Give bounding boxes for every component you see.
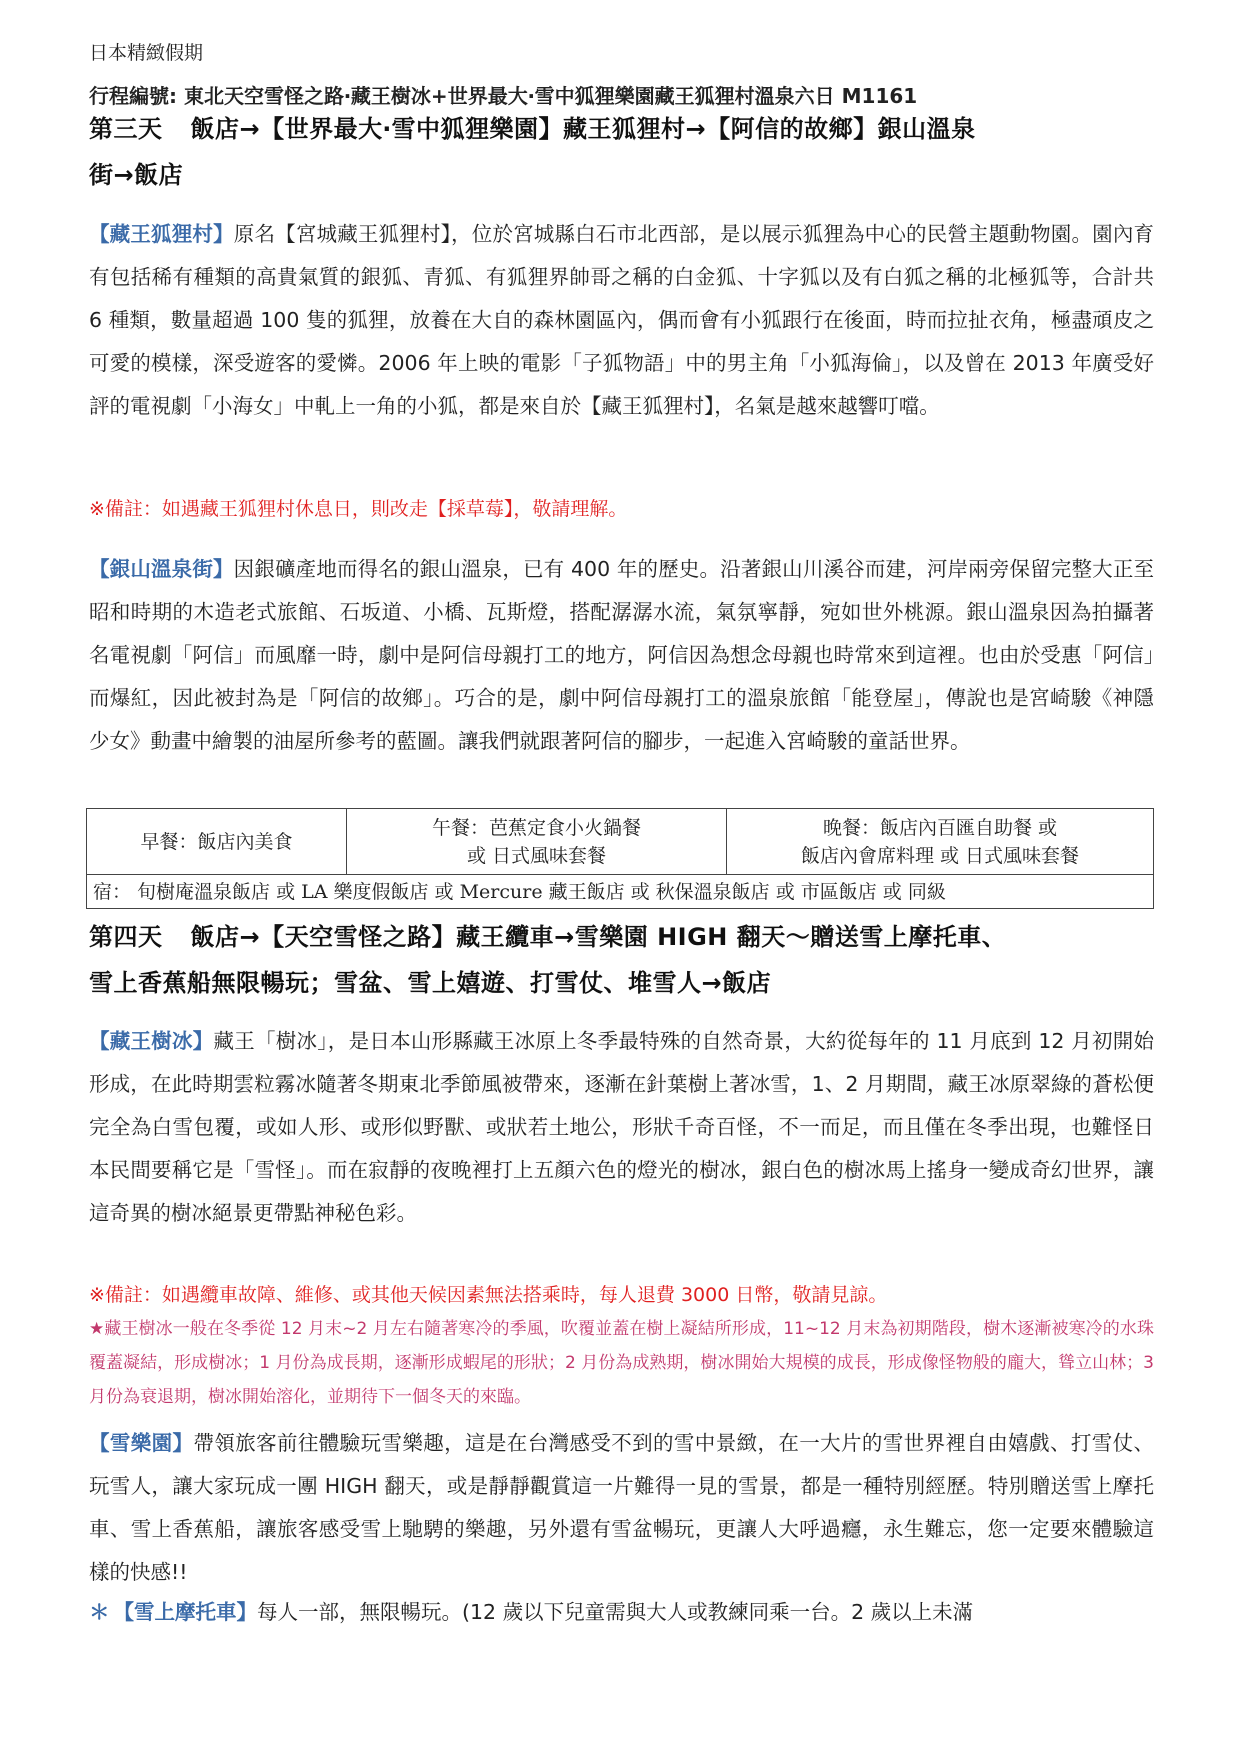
meals-row: 早餐：飯店內美食 午餐：芭蕉定食小火鍋餐 或 日式風味套餐 晚餐：飯店內百匯自助…	[87, 809, 1154, 875]
snow-park-tag: 【雪樂園】	[89, 1431, 193, 1455]
brand-name: 日本精緻假期	[89, 40, 203, 66]
code-label: 行程編號:	[89, 84, 177, 108]
code-number: M1161	[842, 84, 918, 108]
snow-park-paragraph: 【雪樂園】帶領旅客前往體驗玩雪樂趣，這是在台灣感受不到的雪中景緻，在一大片的雪世…	[89, 1422, 1154, 1594]
fox-village-text: 原名【宮城藏王狐狸村】，位於宮城縣白石市北西部，是以展示狐狸為中心的民營主題動物…	[89, 222, 1154, 418]
juhyo-tag: 【藏王樹冰】	[89, 1029, 214, 1053]
code-title: 東北天空雪怪之路‧藏王樹冰+世界最大‧雪中狐狸樂園藏王狐狸村溫泉六日	[184, 84, 835, 108]
dinner-line2: 飯店內會席料理 或 日式風味套餐	[733, 842, 1147, 870]
fox-village-note: ※備註：如遇藏王狐狸村休息日，則改走【採草莓】，敬請理解。	[89, 494, 1154, 524]
day4-title-line2: 雪上香蕉船無限暢玩；雪盆、雪上嬉遊、打雪仗、堆雪人→飯店	[89, 960, 1154, 1006]
lunch-line1: 午餐：芭蕉定食小火鍋餐	[353, 814, 720, 842]
breakfast-cell: 早餐：飯店內美食	[87, 809, 347, 875]
snowmobile-text: 每人一部，無限暢玩。(12 歲以下兒童需與大人或教練同乘一台。2 歲以上未滿	[257, 1600, 973, 1624]
ropeway-note: ※備註：如遇纜車故障、維修、或其他天候因素無法搭乘時，每人退費 3000 日幣，…	[89, 1280, 1154, 1310]
ginzan-text: 因銀礦產地而得名的銀山溫泉，已有 400 年的歷史。沿著銀山川溪谷而建，河岸兩旁…	[89, 557, 1154, 753]
day3-title: 第三天飯店→【世界最大‧雪中狐狸樂園】藏王狐狸村→【阿信的故鄉】銀山溫泉 街→飯…	[89, 106, 1154, 198]
lunch-line2: 或 日式風味套餐	[353, 842, 720, 870]
star-icon: ★	[89, 1319, 104, 1339]
day3-title-line1: 飯店→【世界最大‧雪中狐狸樂園】藏王狐狸村→【阿信的故鄉】銀山溫泉	[191, 115, 976, 143]
juhyo-star-note: ★藏王樹冰一般在冬季從 12 月末~2 月左右隨著寒冷的季風，吹覆並蓋在樹上凝結…	[89, 1312, 1154, 1414]
ginzan-paragraph: 【銀山溫泉街】因銀礦產地而得名的銀山溫泉，已有 400 年的歷史。沿著銀山川溪谷…	[89, 548, 1154, 763]
day4-title: 第四天飯店→【天空雪怪之路】藏王纜車→雪樂園 HIGH 翻天～贈送雪上摩托車、 …	[89, 914, 1154, 1006]
meals-table: 早餐：飯店內美食 午餐：芭蕉定食小火鍋餐 或 日式風味套餐 晚餐：飯店內百匯自助…	[86, 808, 1154, 909]
day3-title-line2: 街→飯店	[89, 152, 1154, 198]
juhyo-text: 藏王「樹冰」，是日本山形縣藏王冰原上冬季最特殊的自然奇景，大約從每年的 11 月…	[89, 1029, 1154, 1225]
dinner-cell: 晚餐：飯店內百匯自助餐 或 飯店內會席料理 或 日式風味套餐	[727, 809, 1154, 875]
day3-label: 第三天	[89, 115, 163, 143]
hotel-row: 宿： 旬樹庵溫泉飯店 或 LA 樂度假飯店 或 Mercure 藏王飯店 或 秋…	[87, 875, 1154, 909]
ginzan-tag: 【銀山溫泉街】	[89, 557, 234, 581]
juhyo-paragraph: 【藏王樹冰】藏王「樹冰」，是日本山形縣藏王冰原上冬季最特殊的自然奇景，大約從每年…	[89, 1020, 1154, 1235]
snow-park-text: 帶領旅客前往體驗玩雪樂趣，這是在台灣感受不到的雪中景緻，在一大片的雪世界裡自由嬉…	[89, 1431, 1154, 1584]
juhyo-star-note-text: 藏王樹冰一般在冬季從 12 月末~2 月左右隨著寒冷的季風，吹覆並蓋在樹上凝結所…	[89, 1319, 1154, 1407]
fox-village-paragraph: 【藏王狐狸村】原名【宮城藏王狐狸村】，位於宮城縣白石市北西部，是以展示狐狸為中心…	[89, 213, 1154, 428]
fox-village-tag: 【藏王狐狸村】	[89, 222, 234, 246]
day4-label: 第四天	[89, 923, 163, 951]
snowmobile-tag: 【雪上摩托車】	[114, 1600, 258, 1624]
breakfast-text: 早餐：飯店內美食	[140, 831, 292, 853]
dinner-line1: 晚餐：飯店內百匯自助餐 或	[733, 814, 1147, 842]
asterisk-icon: ＊	[89, 1600, 110, 1624]
day4-title-line1: 飯店→【天空雪怪之路】藏王纜車→雪樂園 HIGH 翻天～贈送雪上摩托車、	[191, 923, 1007, 951]
lunch-cell: 午餐：芭蕉定食小火鍋餐 或 日式風味套餐	[347, 809, 727, 875]
hotel-cell: 宿： 旬樹庵溫泉飯店 或 LA 樂度假飯店 或 Mercure 藏王飯店 或 秋…	[87, 875, 1154, 909]
snowmobile-paragraph: ＊【雪上摩托車】每人一部，無限暢玩。(12 歲以下兒童需與大人或教練同乘一台。2…	[89, 1591, 1154, 1634]
